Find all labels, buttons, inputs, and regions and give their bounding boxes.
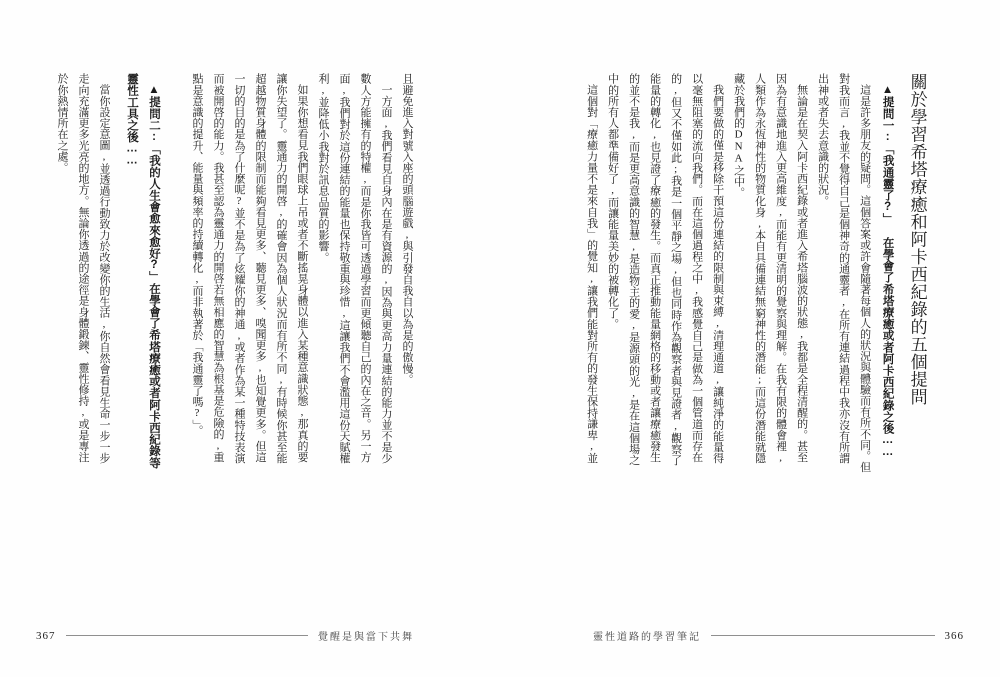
footer-rule (66, 635, 309, 636)
question-1-heading: ▲提問一:「我通靈了?」 在學會了希塔療癒或者阿卡西紀錄之後…… (877, 73, 899, 473)
book-spread: 關於學習希塔療癒和阿卡西紀錄的五個提問 ▲提問一:「我通靈了?」 在學會了希塔療… (0, 0, 1000, 677)
left-running-title: 覺醒是與當下共舞 (318, 628, 414, 643)
left-page-number: 367 (36, 630, 56, 642)
question-2-heading: ▲提問二:「我的人生會愈來愈好?」在學會了希塔療癒或者阿卡西紀錄等靈性工具之後…… (121, 73, 165, 473)
left-page-footer: 367 覺醒是與當下共舞 (36, 628, 414, 643)
paragraph: 當你設定意圖,並透過行動致力於改變你的生活,你自然會看見生命一步一步走向充滿更多… (51, 73, 114, 473)
right-running-title: 靈性道路的學習筆記 (593, 628, 701, 643)
right-page-footer: 靈性道路的學習筆記 366 (593, 628, 964, 643)
section-title: 關於學習希塔療癒和阿卡西紀錄的五個提問 (904, 73, 930, 473)
right-page-text-block: 關於學習希塔療癒和阿卡西紀錄的五個提問 ▲提問一:「我通靈了?」 在學會了希塔療… (581, 73, 941, 473)
paragraph: 一方面,我們看見自身內在是有資源的,因為與更高力量連結的能力並不是少數人方能擁有… (312, 73, 396, 473)
left-page-text-block: 且避免進入對號入座的頭腦遊戲,與引發自我自以為是的傲慢。 一方面,我們看見自身內… (51, 73, 417, 473)
paragraph: 我們要做的僅是移除干預這份連結的限制與束縛,清理通道,讓純淨的能量得以毫無阻塞的… (602, 73, 728, 473)
footer-rule (711, 635, 935, 636)
right-page-number: 366 (945, 630, 965, 642)
paragraph: 無論是在契入阿卡西紀錄或者進入希塔腦波的狀態,我都是全程清醒的。甚至因為有意識地… (728, 73, 812, 473)
paragraph: 這是許多朋友的疑問。這個答案或許會隨著每個人的狀況與體驗而有所不同。但對我而言,… (812, 73, 875, 473)
paragraph: 如果你想看見我們眼球上吊或者不斷搖晃身體以進入某種意識狀態,那真的要讓你失望了。… (186, 73, 312, 473)
paragraph-continuation: 且避免進入對號入座的頭腦遊戲,與引發自我自以為是的傲慢。 (396, 73, 417, 473)
paragraph: 這個對「療癒力量不是來自我」的覺知,讓我們能對所有的發生保持謙卑,並 (581, 73, 602, 473)
